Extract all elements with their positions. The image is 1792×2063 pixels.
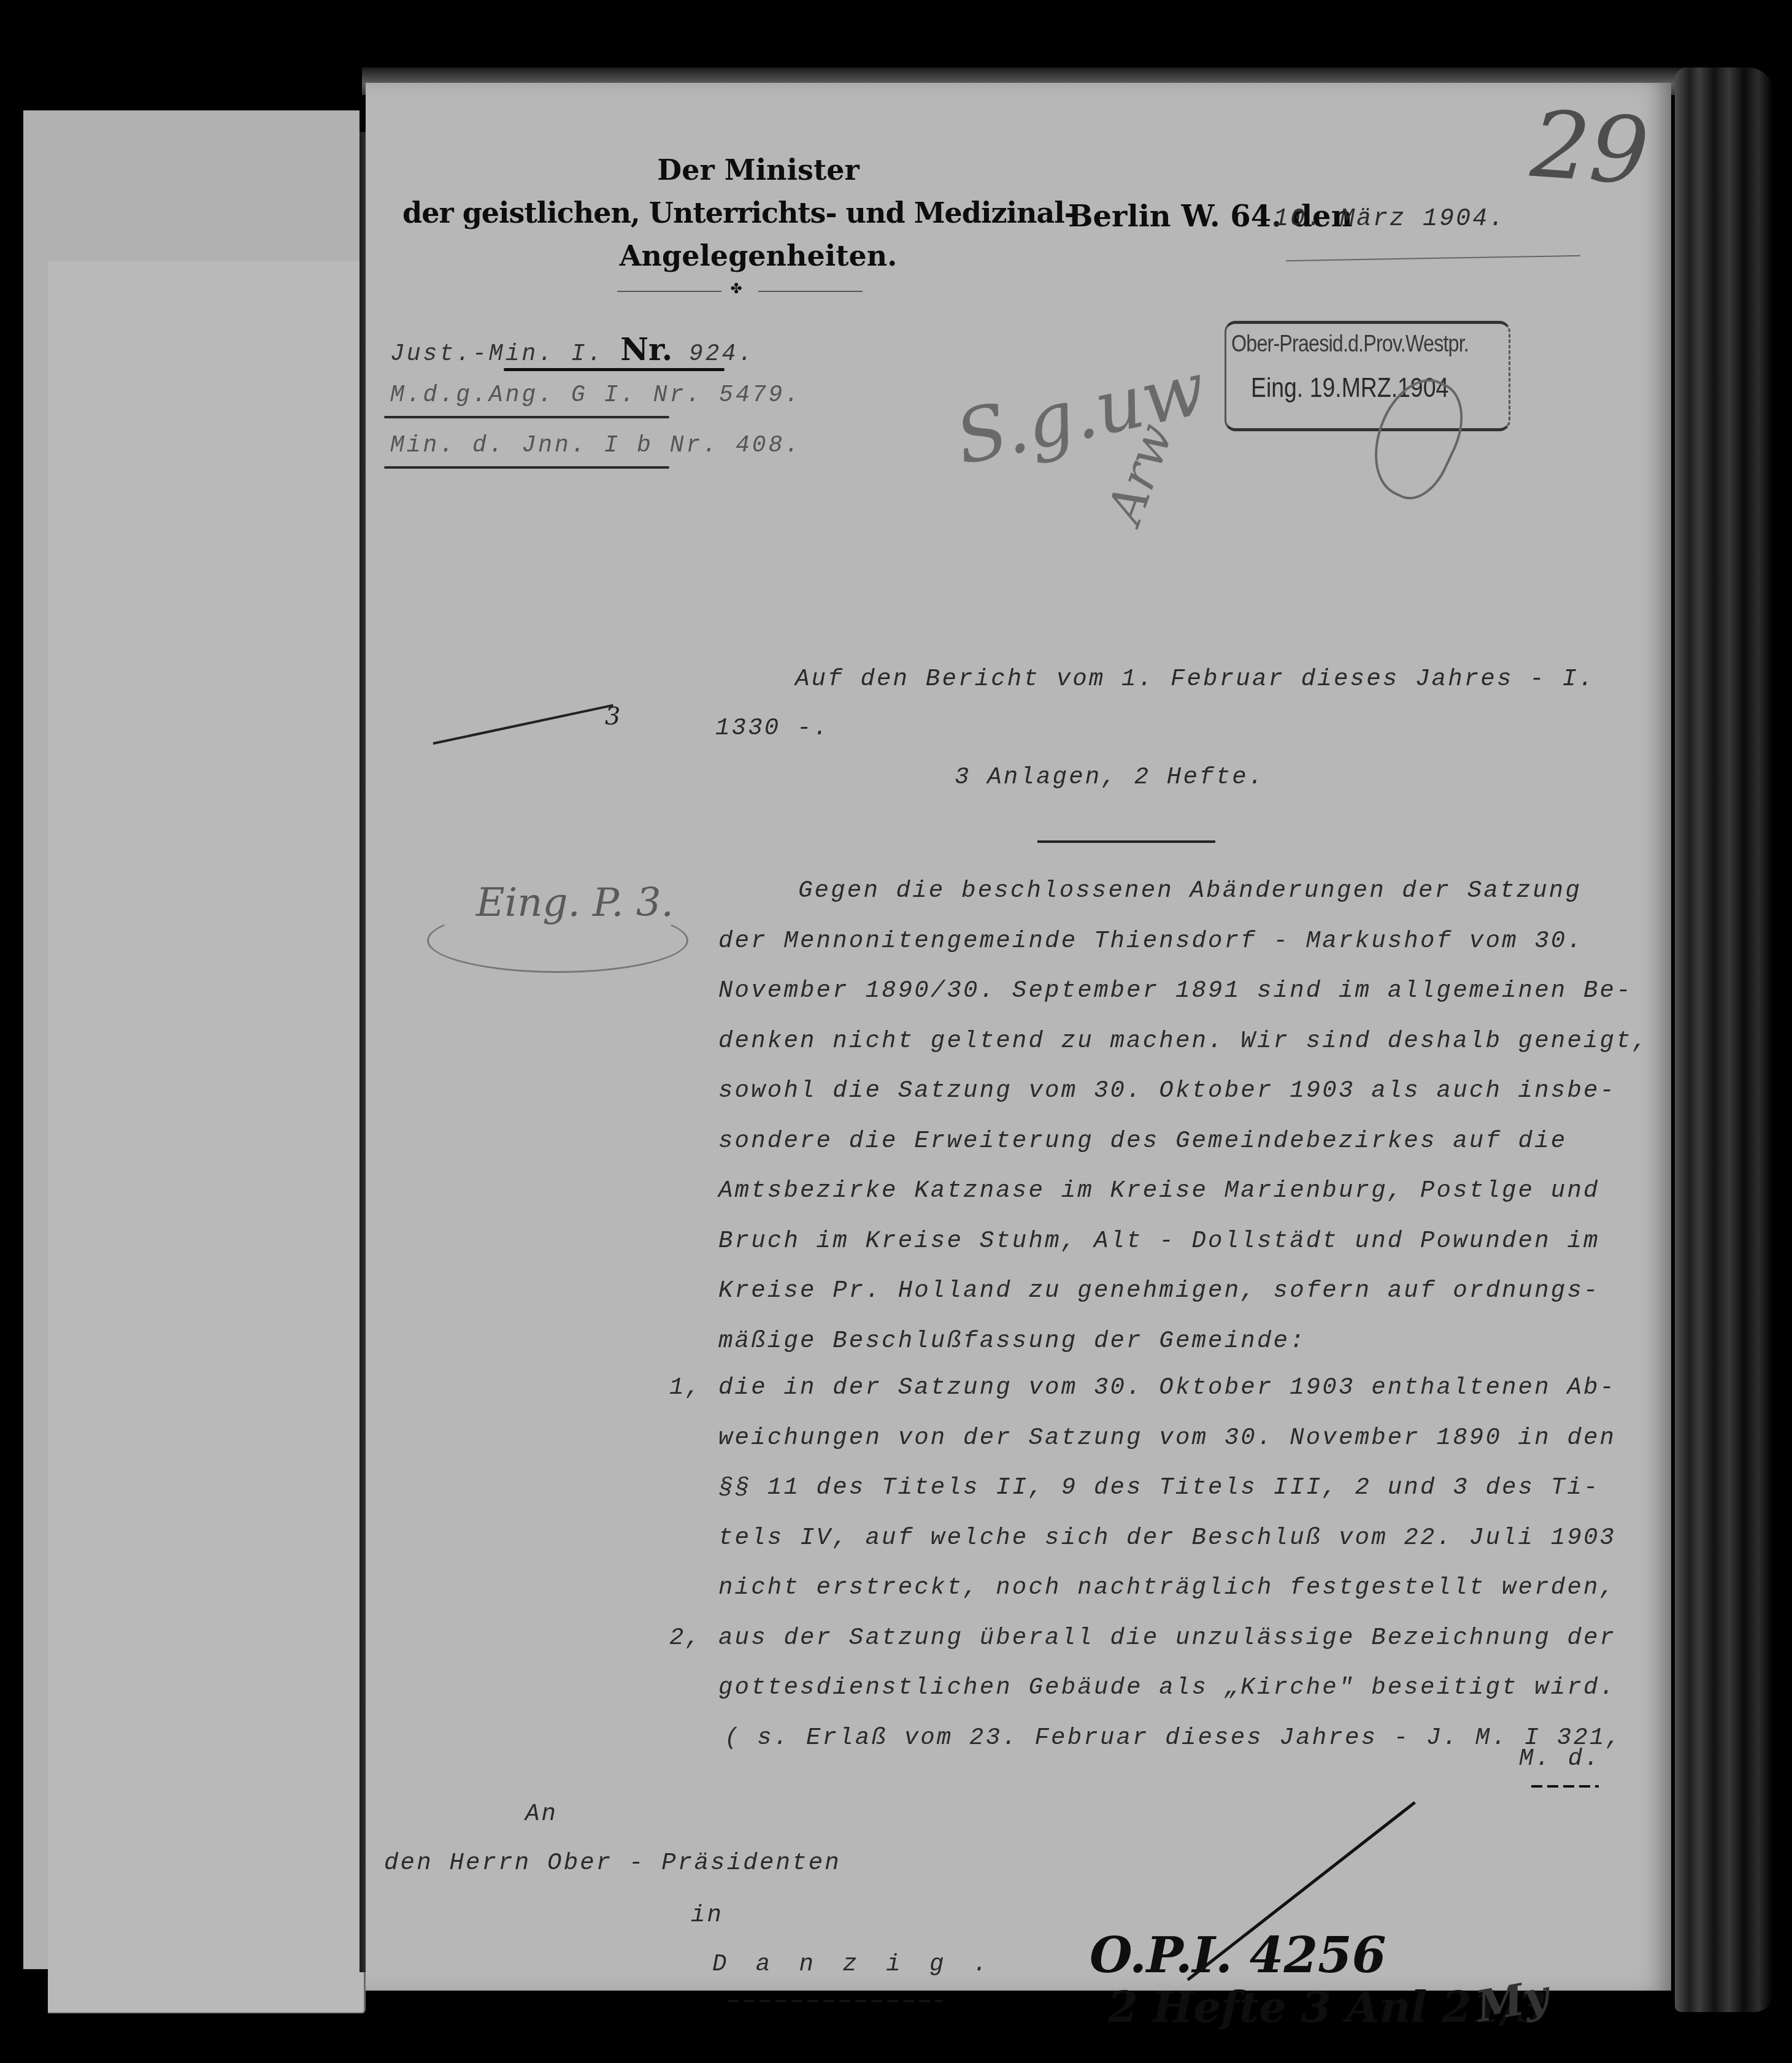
margin-arrow-line <box>433 704 613 745</box>
body-line: November 1890/30. September 1891 sind im… <box>718 977 1632 1004</box>
reference-justice-ministry: Just.-Min. I. Nr. 924. <box>390 331 755 367</box>
margin-arrow-number: 3 <box>605 702 620 731</box>
body-line: Kreise Pr. Holland zu genehmigen, sofern… <box>718 1277 1600 1304</box>
letter-date: 10. März 1904. <box>1274 206 1506 233</box>
reference-nr-label: Nr. <box>620 331 672 367</box>
body-line: Gegen die beschlossenen Abänderungen der… <box>798 877 1582 904</box>
reference-prefix: Just.-Min. I. <box>390 341 604 367</box>
document-page: 29 Der Minister der geistlichen, Unterri… <box>366 83 1671 1991</box>
body-line: der Mennonitengemeinde Thiensdorf - Mark… <box>718 928 1583 955</box>
body-line: mäßige Beschlußfassung der Gemeinde: <box>718 1327 1306 1354</box>
reference-interior-ministry: Min. d. Jnn. I b Nr. 408. <box>390 432 801 459</box>
list-item-marker: 2, <box>669 1624 702 1651</box>
list-item-line: gottesdienstlichen Gebäude als „Kirche" … <box>718 1674 1616 1701</box>
list-item-line: die in der Satzung vom 30. Oktober 1903 … <box>718 1374 1616 1401</box>
ornament-rule-left <box>617 291 721 292</box>
body-line: Amtsbezirke Katznase im Kreise Marienbur… <box>718 1177 1600 1204</box>
letterhead-line-2: der geistlichen, Unterrichts- und Medizi… <box>402 196 1075 229</box>
receipt-stamp: Ober-Praesid.d.Prov.Westpr. Eing. 19.MRZ… <box>1225 321 1510 431</box>
page-number: 29 <box>1528 91 1652 206</box>
reference-church-affairs: M.d.g.Ang. G I. Nr. 5479. <box>390 382 801 409</box>
subject-line-1: Auf den Bericht vom 1. Februar dieses Ja… <box>795 666 1595 693</box>
subject-divider <box>1037 840 1215 843</box>
letterhead-line-3: Angelegenheiten. <box>562 239 955 272</box>
addressee-in: in <box>691 1902 723 1929</box>
ornament-icon: ✤ <box>731 277 742 299</box>
list-item-line: tels IV, auf welche sich der Beschluß vo… <box>718 1524 1616 1551</box>
addressee-city-underline <box>728 2000 942 2002</box>
addressee-an: An <box>525 1800 558 1827</box>
list-item-line: ( s. Erlaß vom 23. Februar dieses Jahres… <box>725 1724 1622 1751</box>
page-stack-right-edge <box>1675 67 1773 2012</box>
list-item-line: nicht erstreckt, noch nachträglich festg… <box>718 1574 1616 1601</box>
margin-circled-note: Eing. P. 3. <box>476 880 674 926</box>
body-line: denken nicht geltend zu machen. Wir sind… <box>718 1028 1648 1055</box>
ornament-rule-right <box>758 291 863 292</box>
continuation-mark: M. d. <box>1519 1745 1601 1772</box>
enclosures-line: 3 Anlagen, 2 Hefte. <box>955 764 1264 791</box>
left-folded-sheet <box>23 110 360 1969</box>
list-item-line: aus der Satzung überall die unzulässige … <box>718 1624 1616 1651</box>
reference-rule-1 <box>504 368 725 371</box>
body-line: sondere die Erweiterung des Gemeindebezi… <box>718 1128 1567 1154</box>
letterhead-line-1: Der Minister <box>562 153 955 186</box>
addressee-city: D a n z i g . <box>712 1951 994 1978</box>
stamp-office: Ober-Praesid.d.Prov.Westpr. <box>1231 331 1469 358</box>
list-item-marker: 1, <box>669 1374 702 1401</box>
reference-number: 924. <box>689 341 755 367</box>
list-item-line: weichungen von der Satzung vom 30. Novem… <box>718 1424 1616 1451</box>
registry-note-line-1: O.P.I. 4256 <box>1090 1926 1386 1984</box>
addressee-recipient: den Herrn Ober - Präsidenten <box>384 1850 841 1877</box>
subject-line-2: 1330 -. <box>715 715 829 742</box>
reference-rule-2 <box>384 416 669 418</box>
continuation-dashes <box>1531 1785 1599 1788</box>
letterhead-ornament: ✤ <box>617 285 863 298</box>
reference-rule-3 <box>384 466 669 469</box>
list-item-line: §§ 11 des Titels II, 9 des Titels III, 2… <box>718 1474 1600 1501</box>
body-line: Bruch im Kreise Stuhm, Alt - Dollstädt u… <box>718 1227 1600 1254</box>
body-line: sowohl die Satzung vom 30. Oktober 1903 … <box>718 1077 1616 1104</box>
date-rule <box>1286 255 1580 261</box>
left-sheet-panel <box>48 261 366 2013</box>
